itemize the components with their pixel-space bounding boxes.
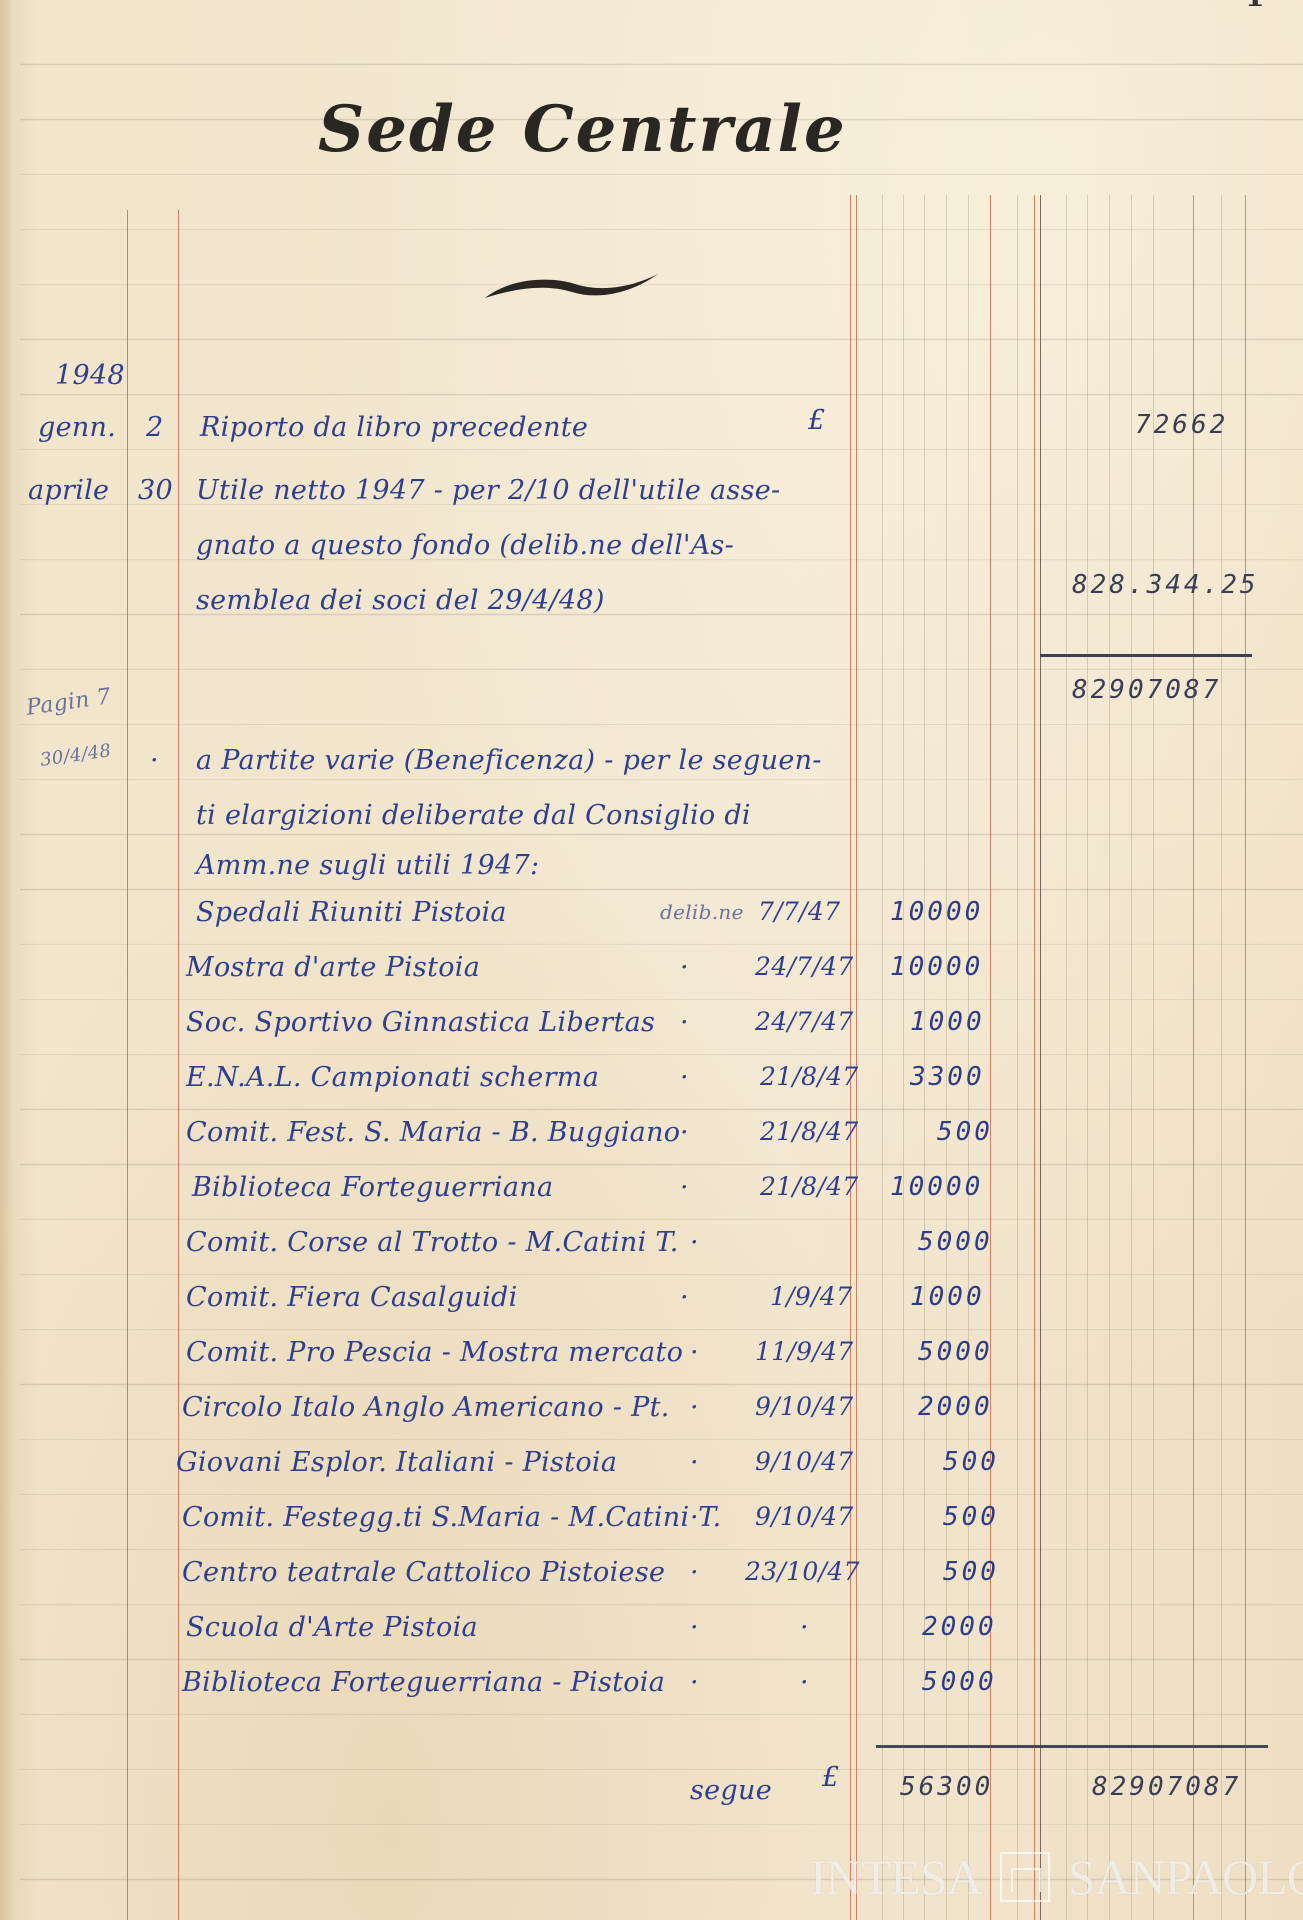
bank-logo-icon	[1000, 1852, 1050, 1902]
col-line-cents	[1193, 195, 1194, 1920]
entry-2-month: aprile	[28, 475, 109, 506]
item-amount: 10000	[890, 952, 983, 982]
entry-2-day: 30	[138, 475, 173, 506]
grid-line	[1153, 195, 1154, 1920]
entry-2-line-1: Utile netto 1947 - per 2/10 dell'utile a…	[196, 475, 780, 506]
item-name: Soc. Sportivo Ginnastica Libertas	[186, 1007, 655, 1038]
item-amount: 5000	[918, 1227, 993, 1257]
item-amount: 500	[943, 1502, 999, 1532]
item-name: Spedali Riuniti Pistoia	[196, 897, 507, 928]
item-ref: ·	[690, 1667, 699, 1698]
carry-forward-label: segue	[690, 1775, 772, 1806]
disbursement-line-1: a Partite varie (Beneficenza) - per le s…	[196, 745, 822, 776]
grid-line	[1017, 195, 1018, 1920]
item-name: Biblioteca Forteguerriana - Pistoia	[182, 1667, 665, 1698]
item-ref: ·	[690, 1557, 699, 1588]
item-amount: 1000	[910, 1282, 985, 1312]
entry-1-currency: £	[808, 405, 825, 436]
item-name: Comit. Fest. S. Maria - B. Buggiano	[186, 1117, 680, 1148]
entry-1-text: Riporto da libro precedente	[200, 412, 588, 443]
item-date: ·	[800, 1667, 809, 1698]
item-date: 23/10/47	[745, 1557, 860, 1586]
grid-line	[882, 195, 883, 1920]
footer-rule	[876, 1745, 1268, 1748]
ledger-page: 1 Sede Centrale 1948 genn. 2 Riporto da …	[0, 0, 1303, 1920]
item-amount: 5000	[918, 1337, 993, 1367]
item-date: 1/9/47	[770, 1282, 852, 1311]
item-ref: delib.ne	[660, 900, 744, 924]
disbursement-line-2: ti elargizioni deliberate dal Consiglio …	[196, 800, 751, 831]
page-title: Sede Centrale	[318, 92, 847, 167]
entry-1-amount: 72662	[1135, 410, 1228, 440]
item-name: Centro teatrale Cattolico Pistoiese	[182, 1557, 665, 1588]
grid-line	[1066, 195, 1067, 1920]
grid-line	[1087, 195, 1088, 1920]
col-line-items-right	[990, 195, 991, 1920]
item-ref: ·	[680, 1172, 689, 1203]
item-ref: ·	[680, 1062, 689, 1093]
item-date: 9/10/47	[755, 1392, 853, 1421]
margin-line-month	[127, 210, 128, 1920]
item-date: 21/8/47	[760, 1117, 858, 1146]
item-date: 9/10/47	[755, 1447, 853, 1476]
item-name: Scuola d'Arte Pistoia	[186, 1612, 478, 1643]
item-amount: 500	[943, 1557, 999, 1587]
item-name: E.N.A.L. Campionati scherma	[186, 1062, 599, 1093]
item-ref: ·	[690, 1392, 699, 1423]
item-name: Comit. Festegg.ti S.Maria - M.Catini T.	[182, 1502, 722, 1533]
item-date: ·	[800, 1612, 809, 1643]
item-name: Mostra d'arte Pistoia	[186, 952, 480, 983]
item-name: Giovani Esplor. Italiani - Pistoia	[176, 1447, 617, 1478]
carry-forward-currency: £	[822, 1762, 839, 1793]
col-line-date-right	[850, 195, 851, 1920]
item-name: Biblioteca Forteguerriana	[192, 1172, 553, 1203]
entry-2-amount: 828.344.25	[1072, 570, 1259, 600]
entry-1-month: genn.	[38, 412, 116, 443]
entry-1-day: 2	[146, 412, 163, 443]
title-flourish-icon	[480, 270, 660, 304]
item-ref: ·	[690, 1502, 699, 1533]
item-name: Circolo Italo Anglo Americano - Pt.	[182, 1392, 670, 1423]
grid-line	[1131, 195, 1132, 1920]
col-line-balance-left	[1034, 195, 1035, 1920]
col-line-balance-left-2	[1040, 195, 1041, 1920]
item-ref: ·	[680, 1282, 689, 1313]
grid-line	[1221, 195, 1222, 1920]
grid-line	[968, 195, 969, 1920]
balance-total: 82907087	[1092, 1772, 1241, 1802]
item-date: 21/8/47	[760, 1172, 858, 1201]
grid-line	[1109, 195, 1110, 1920]
item-date: 24/7/47	[755, 952, 853, 981]
item-ref: ·	[680, 1117, 689, 1148]
grid-line	[903, 195, 904, 1920]
item-amount: 10000	[890, 897, 983, 927]
item-name: Comit. Corse al Trotto - M.Catini T.	[186, 1227, 679, 1258]
item-amount: 5000	[922, 1667, 997, 1697]
entry-2-line-2: gnato a questo fondo (delib.ne dell'As-	[196, 530, 734, 561]
year-label: 1948	[55, 360, 125, 391]
items-total: 56300	[900, 1772, 993, 1802]
item-amount: 500	[937, 1117, 993, 1147]
grid-line	[924, 195, 925, 1920]
ditto-mark: ·	[150, 745, 159, 776]
item-amount: 1000	[910, 1007, 985, 1037]
margin-line-day	[178, 210, 179, 1920]
item-amount: 3300	[910, 1062, 985, 1092]
subtotal-amount: 82907087	[1072, 675, 1221, 705]
item-ref: ·	[680, 1007, 689, 1038]
watermark-left: INTESA	[810, 1848, 982, 1906]
col-line-balance-right	[1245, 195, 1246, 1920]
item-date: 7/7/47	[758, 897, 840, 926]
disbursement-line-3: Amm.ne sugli utili 1947:	[196, 850, 539, 881]
item-ref: ·	[680, 952, 689, 983]
watermark-right: SANPAOLO	[1068, 1848, 1303, 1906]
item-name: Comit. Pro Pescia - Mostra mercato	[186, 1337, 683, 1368]
item-name: Comit. Fiera Casalguidi	[186, 1282, 518, 1313]
item-amount: 2000	[922, 1612, 997, 1642]
watermark: INTESA SANPAOLO	[810, 1848, 1303, 1906]
item-ref: ·	[690, 1337, 699, 1368]
item-amount: 2000	[918, 1392, 993, 1422]
item-ref: ·	[690, 1612, 699, 1643]
item-ref: ·	[690, 1447, 699, 1478]
grid-line	[946, 195, 947, 1920]
subtotal-rule	[1040, 654, 1252, 657]
item-amount: 10000	[890, 1172, 983, 1202]
col-line-date-right-2	[856, 195, 857, 1920]
item-date: 21/8/47	[760, 1062, 858, 1091]
item-date: 11/9/47	[755, 1337, 853, 1366]
item-date: 24/7/47	[755, 1007, 853, 1036]
item-date: 9/10/47	[755, 1502, 853, 1531]
item-ref: ·	[690, 1227, 699, 1258]
page-number: 1	[1245, 0, 1264, 13]
entry-2-line-3: semblea dei soci del 29/4/48)	[196, 585, 605, 616]
item-amount: 500	[943, 1447, 999, 1477]
